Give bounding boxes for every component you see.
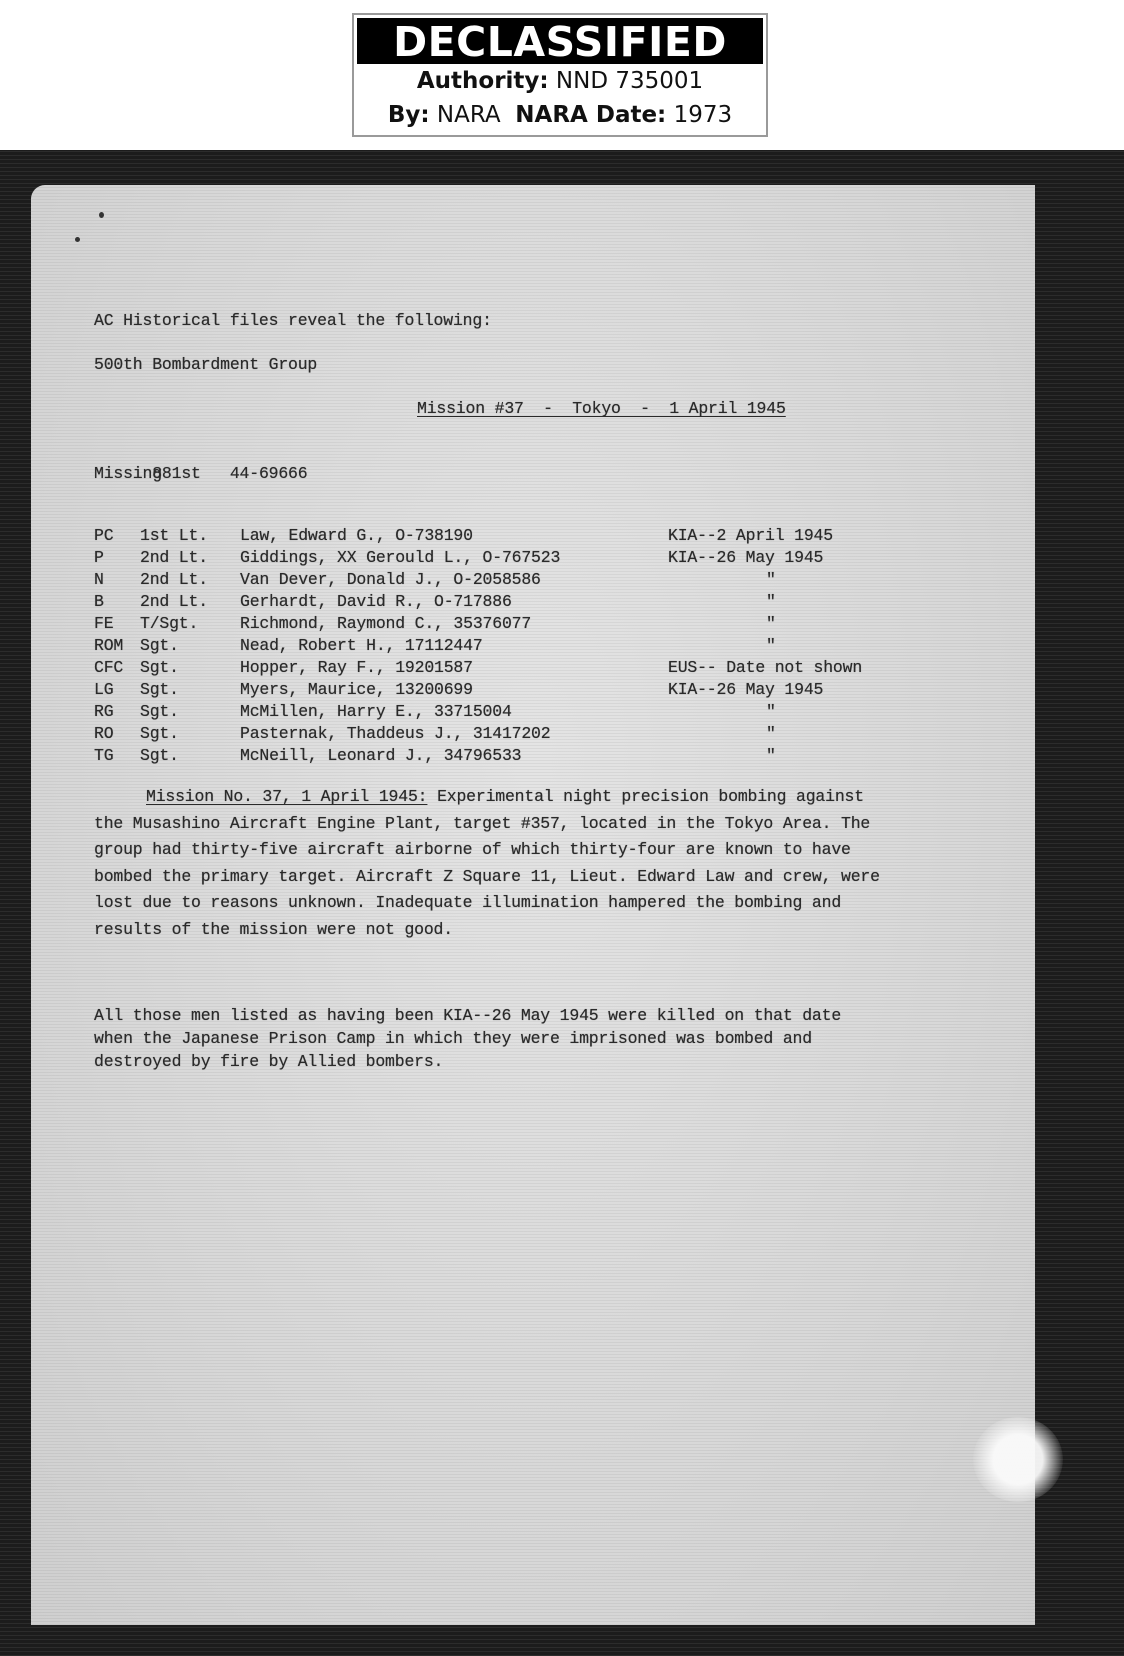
closing-paragraph: All those men listed as having been KIA-…: [94, 1004, 974, 1073]
stamp-authority-label: Authority:: [417, 68, 549, 94]
crew-rank: Sgt.: [140, 723, 179, 745]
stamp-date-value: 1973: [674, 102, 733, 128]
crew-name: Myers, Maurice, 13200699: [240, 679, 473, 701]
crew-name: Gerhardt, David R., O-717886: [240, 591, 512, 613]
crew-status: ": [766, 591, 776, 613]
crew-rank: Sgt.: [140, 745, 179, 767]
intro-line: AC Historical files reveal the following…: [94, 310, 492, 332]
crew-name: McMillen, Harry E., 33715004: [240, 701, 512, 723]
mission-summary-line: lost due to reasons unknown. Inadequate …: [94, 890, 974, 917]
crew-position: PC: [94, 525, 113, 547]
crew-status: ": [766, 723, 776, 745]
crew-status: ": [766, 613, 776, 635]
crew-position: TG: [94, 745, 113, 767]
scan-speck: [99, 212, 104, 218]
crew-rank: 2nd Lt.: [140, 591, 208, 613]
crew-position: FE: [94, 613, 113, 635]
crew-status: KIA--26 May 1945: [668, 679, 823, 701]
crew-name: Law, Edward G., O-738190: [240, 525, 473, 547]
crew-position: B: [94, 591, 104, 613]
crew-position: CFC: [94, 657, 123, 679]
declassified-stamp: DECLASSIFIED Authority: NND 735001 By: N…: [352, 13, 768, 137]
crew-rank: 2nd Lt.: [140, 547, 208, 569]
stamp-by-value: NARA: [437, 102, 501, 128]
crew-position: ROM: [94, 635, 123, 657]
stamp-by-label: By:: [388, 102, 430, 128]
typed-document-page: AC Historical files reveal the following…: [31, 185, 1035, 1625]
scan-speck: [75, 237, 80, 242]
crew-rank: Sgt.: [140, 657, 179, 679]
crew-name: McNeill, Leonard J., 34796533: [240, 745, 521, 767]
crew-status: ": [766, 635, 776, 657]
crew-position: RO: [94, 723, 113, 745]
crew-status: KIA--26 May 1945: [668, 547, 823, 569]
paper-light-spot: [973, 1417, 1063, 1502]
stamp-by-date: By: NARA NARA Date: 1973: [354, 98, 766, 132]
stamp-authority-value: NND 735001: [556, 68, 703, 94]
crew-status: ": [766, 745, 776, 767]
mission-summary-line: Mission No. 37, 1 April 1945: Experiment…: [94, 784, 974, 811]
crew-name: Richmond, Raymond C., 35376077: [240, 613, 531, 635]
mission-summary: Mission No. 37, 1 April 1945: Experiment…: [94, 784, 974, 943]
crew-rank: T/Sgt.: [140, 613, 198, 635]
aircraft-status: Missing: [94, 463, 162, 485]
crew-name: Giddings, XX Gerould L., O-767523: [240, 547, 560, 569]
crew-list: PC1st Lt.Law, Edward G., O-738190KIA--2 …: [94, 525, 994, 785]
closing-line: All those men listed as having been KIA-…: [94, 1004, 974, 1027]
crew-rank: 2nd Lt.: [140, 569, 208, 591]
crew-status: KIA--2 April 1945: [668, 525, 833, 547]
crew-name: Nead, Robert H., 17112447: [240, 635, 483, 657]
mission-summary-heading: Mission No. 37, 1 April 1945:: [146, 787, 427, 806]
crew-position: N: [94, 569, 104, 591]
crew-name: Van Dever, Donald J., O-2058586: [240, 569, 541, 591]
mission-summary-line: group had thirty-five aircraft airborne …: [94, 837, 974, 864]
group-name: 500th Bombardment Group: [94, 354, 317, 376]
crew-rank: Sgt.: [140, 635, 179, 657]
closing-line: destroyed by fire by Allied bombers.: [94, 1050, 974, 1073]
crew-name: Hopper, Ray F., 19201587: [240, 657, 473, 679]
mission-summary-line: the Musashino Aircraft Engine Plant, tar…: [94, 811, 974, 838]
aircraft-serial: 44-69666: [230, 464, 308, 483]
crew-name: Pasternak, Thaddeus J., 31417202: [240, 723, 550, 745]
crew-rank: Sgt.: [140, 701, 179, 723]
scanned-page-frame: AC Historical files reveal the following…: [0, 150, 1124, 1656]
crew-status: ": [766, 701, 776, 723]
crew-rank: Sgt.: [140, 679, 179, 701]
crew-position: P: [94, 547, 104, 569]
stamp-date-label: NARA Date:: [515, 102, 666, 128]
mission-summary-line: bombed the primary target. Aircraft Z Sq…: [94, 864, 974, 891]
crew-position: LG: [94, 679, 113, 701]
crew-status: ": [766, 569, 776, 591]
closing-line: when the Japanese Prison Camp in which t…: [94, 1027, 974, 1050]
crew-position: RG: [94, 701, 113, 723]
crew-status: EUS-- Date not shown: [668, 657, 862, 679]
crew-rank: 1st Lt.: [140, 525, 208, 547]
stamp-authority: Authority: NND 735001: [354, 64, 766, 98]
stamp-banner: DECLASSIFIED: [357, 18, 763, 64]
mission-heading: Mission #37 - Tokyo - 1 April 1945: [417, 398, 786, 420]
mission-summary-line: results of the mission were not good.: [94, 917, 974, 944]
